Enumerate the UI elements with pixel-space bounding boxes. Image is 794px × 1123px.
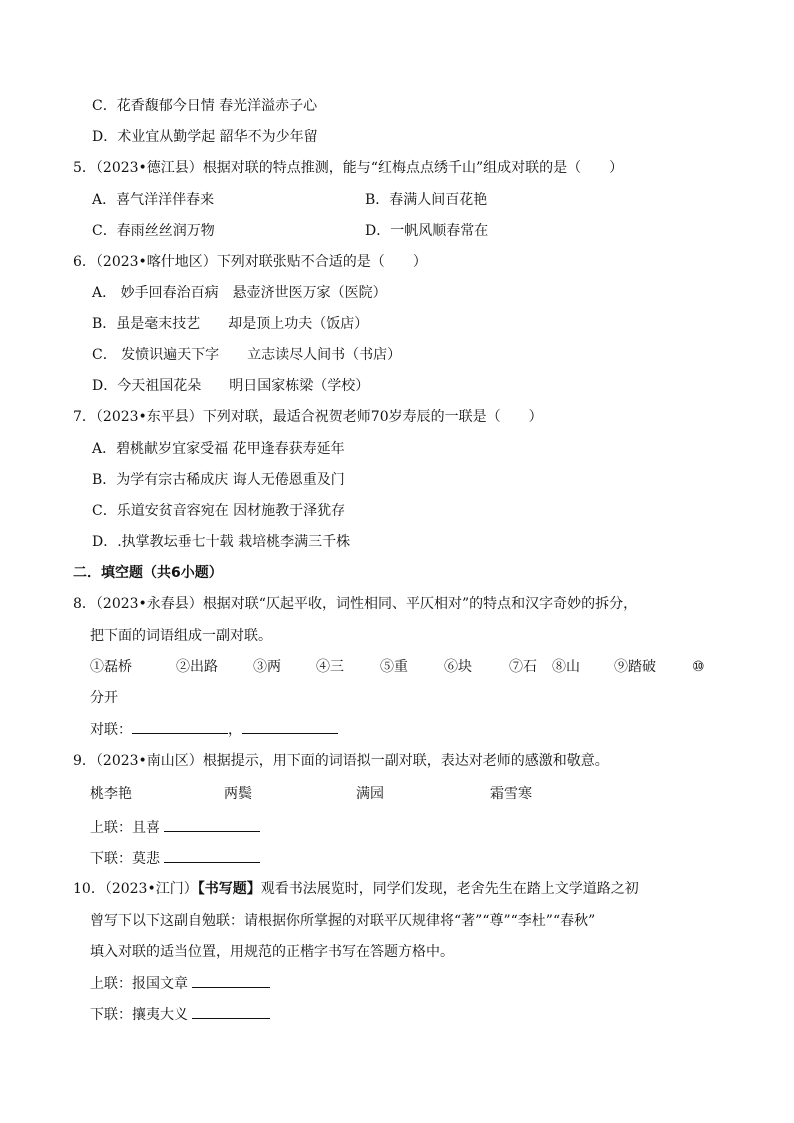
option-letter: C． (92, 347, 117, 363)
question-text: 根据对联“仄起平收，词性相同、平仄相对”的特点和汉字奇妙的拆分， (203, 596, 637, 612)
question-close: ） (529, 409, 543, 425)
q9-word-list: 桃李艳 两鬓 满园 霜雪寒 (90, 784, 690, 804)
section-heading: 二．填空题（共6小题） (73, 563, 223, 583)
q6-option-d: D．今天祖国花朵 明日国家栋梁（学校） (92, 376, 369, 396)
word-item: 霜雪寒 (490, 784, 532, 804)
q9-upper-line: 上联：且喜 (90, 817, 260, 837)
option-letter: C． (92, 223, 117, 239)
option-letter: A． (92, 192, 116, 208)
question-number: 10． (73, 881, 105, 897)
word-item: ①磊桥 (90, 657, 132, 677)
question-source: （2023•江门） (105, 881, 198, 897)
answer-separator: ， (228, 722, 242, 738)
lower-answer-blank[interactable] (164, 848, 260, 863)
q8-word-wrap: 分开 (90, 688, 118, 708)
option-text: 春雨丝丝润万物 (117, 223, 215, 239)
option-text: 术业宜从勤学起 韶华不为少年留 (117, 129, 317, 145)
upper-answer-blank[interactable] (164, 817, 260, 832)
q5-stem: 5．（2023•德江县）根据对联的特点推测，能与“红梅点点绣千山”组成对联的是（… (73, 158, 623, 178)
option-text: 一帆风顺春常在 (390, 223, 488, 239)
lower-label: 下联：莫悲 (90, 851, 160, 867)
option-letter: B． (92, 472, 116, 488)
option-letter: D． (365, 223, 390, 239)
q10-lower-line: 下联：攘夷大义 (90, 1004, 270, 1024)
question-close: ） (413, 254, 427, 270)
q10-stem-line3: 填入对联的适当位置，用规范的正楷字书写在答题方格中。 (90, 942, 454, 962)
word-item: ④三 (316, 657, 344, 677)
question-source: （2023•喀什地区） (96, 254, 217, 270)
question-text: 下列对联，最适合祝贺老师70岁寿辰的一联是（ (203, 409, 501, 425)
question-source: （2023•德江县） (96, 160, 203, 176)
q5-option-d: D．一帆风顺春常在 (365, 221, 488, 241)
q7-option-c: C．乐道安贫音容宛在 因材施教于泽犹存 (92, 501, 345, 521)
question-source: （2023•东平县） (96, 409, 203, 425)
option-text: 妙手回春治百病 悬壶济世医万家（医院） (116, 285, 386, 301)
q10-upper-line: 上联：报国文章 (90, 973, 270, 993)
question-source: （2023•永春县） (96, 596, 203, 612)
q5-option-c: C．春雨丝丝润万物 (92, 221, 215, 241)
q6-stem: 6．（2023•喀什地区）下列对联张贴不合适的是（） (73, 252, 427, 272)
q6-option-a: A． 妙手回春治百病 悬壶济世医万家（医院） (92, 283, 387, 303)
question-number: 9． (73, 753, 96, 769)
q9-stem: 9．（2023•南山区）根据提示，用下面的词语拟一副对联，表达对老师的感激和敬意… (73, 751, 609, 771)
word-item: ②出路 (176, 657, 218, 677)
word-item: ⑨踏破 (614, 657, 656, 677)
q8-stem-continued: 把下面的词语组成一副对联。 (90, 626, 272, 646)
option-text: 花香馥郁今日情 春光洋溢赤子心 (117, 98, 317, 114)
option-letter: D． (92, 378, 117, 394)
option-letter: A． (92, 285, 116, 301)
option-text: 碧桃献岁宜家受福 花甲逢春获寿延年 (116, 441, 344, 457)
word-item: ⑥块 (444, 657, 472, 677)
word-item: ⑦石 (509, 657, 537, 677)
question-text: 下列对联张贴不合适的是（ (217, 254, 385, 270)
option-text: 喜气洋洋伴春来 (116, 192, 214, 208)
q4-option-d: D．术业宜从勤学起 韶华不为少年留 (92, 127, 318, 147)
word-item: 两鬓 (224, 784, 252, 804)
option-text: 为学有宗古稀成庆 诲人无倦恩重及门 (116, 472, 344, 488)
q8-word-list: ①磊桥 ②出路 ③两 ④三 ⑤重 ⑥块 ⑦石 ⑧山 ⑨踏破 ⑩ (90, 657, 730, 677)
word-item: ⑩ (692, 657, 705, 677)
question-number: 5． (73, 160, 96, 176)
option-text: .执掌教坛垂七十载 栽培桃李满三千株 (117, 534, 350, 550)
option-letter: D． (92, 534, 117, 550)
q7-stem: 7．（2023•东平县）下列对联，最适合祝贺老师70岁寿辰的一联是（） (73, 407, 543, 427)
option-letter: C． (92, 503, 117, 519)
option-text: 春满人间百花艳 (389, 192, 487, 208)
option-letter: A． (92, 441, 116, 457)
question-source: （2023•南山区） (96, 753, 203, 769)
q10-stem: 10．（2023•江门）【书写题】观看书法展览时，同学们发现，老舍先生在踏上文学… (73, 879, 639, 899)
option-letter: B． (365, 192, 389, 208)
q4-option-c: C．花香馥郁今日情 春光洋溢赤子心 (92, 96, 317, 116)
q5-option-b: B．春满人间百花艳 (365, 190, 487, 210)
option-text: 今天祖国花朵 明日国家栋梁（学校） (117, 378, 369, 394)
upper-label: 上联：报国文章 (90, 976, 188, 992)
option-letter: C． (92, 98, 117, 114)
q9-lower-line: 下联：莫悲 (90, 848, 260, 868)
word-item: ③两 (253, 657, 281, 677)
answer-blank-upper[interactable] (132, 719, 228, 734)
q8-answer-line: 对联：， (90, 719, 338, 739)
lower-answer-blank[interactable] (192, 1004, 270, 1019)
q5-option-a: A．喜气洋洋伴春来 (92, 190, 214, 210)
question-text: 观看书法展览时，同学们发现，老舍先生在踏上文学道路之初 (261, 881, 639, 897)
question-number: 7． (73, 409, 96, 425)
question-number: 6． (73, 254, 96, 270)
question-close: ） (609, 160, 623, 176)
option-text: 乐道安贫音容宛在 因材施教于泽犹存 (117, 503, 345, 519)
option-text: 虽是毫末技艺 却是顶上功夫（饭店） (116, 316, 368, 332)
question-text: 根据对联的特点推测，能与“红梅点点绣千山”组成对联的是（ (203, 160, 581, 176)
lower-label: 下联：攘夷大义 (90, 1007, 188, 1023)
word-item: ⑧山 (552, 657, 580, 677)
q6-option-c: C． 发愤识遍天下字 立志读尽人间书（书店） (92, 345, 401, 365)
question-number: 8． (73, 596, 96, 612)
word-item: 桃李艳 (90, 784, 132, 804)
q10-stem-line2: 曾写下以下这副自勉联：请根据你所掌握的对联平仄规律将“著”“尊”“李杜”“春秋” (90, 911, 595, 931)
word-item: ⑤重 (380, 657, 408, 677)
q8-stem: 8．（2023•永春县）根据对联“仄起平收，词性相同、平仄相对”的特点和汉字奇妙… (73, 594, 637, 614)
q7-option-b: B．为学有宗古稀成庆 诲人无倦恩重及门 (92, 470, 345, 490)
q7-option-a: A．碧桃献岁宜家受福 花甲逢春获寿延年 (92, 439, 345, 459)
option-letter: D． (92, 129, 117, 145)
question-text: 根据提示，用下面的词语拟一副对联，表达对老师的感激和敬意。 (203, 753, 609, 769)
upper-label: 上联：且喜 (90, 820, 160, 836)
q7-option-d: D．.执掌教坛垂七十载 栽培桃李满三千株 (92, 532, 350, 552)
option-text: 发愤识遍天下字 立志读尽人间书（书店） (117, 347, 401, 363)
option-letter: B． (92, 316, 116, 332)
answer-label: 对联： (90, 722, 132, 738)
answer-blank-lower[interactable] (242, 719, 338, 734)
q6-option-b: B．虽是毫末技艺 却是顶上功夫（饭店） (92, 314, 368, 334)
word-item: 满园 (356, 784, 384, 804)
upper-answer-blank[interactable] (192, 973, 270, 988)
question-tag: 【书写题】 (198, 881, 261, 897)
